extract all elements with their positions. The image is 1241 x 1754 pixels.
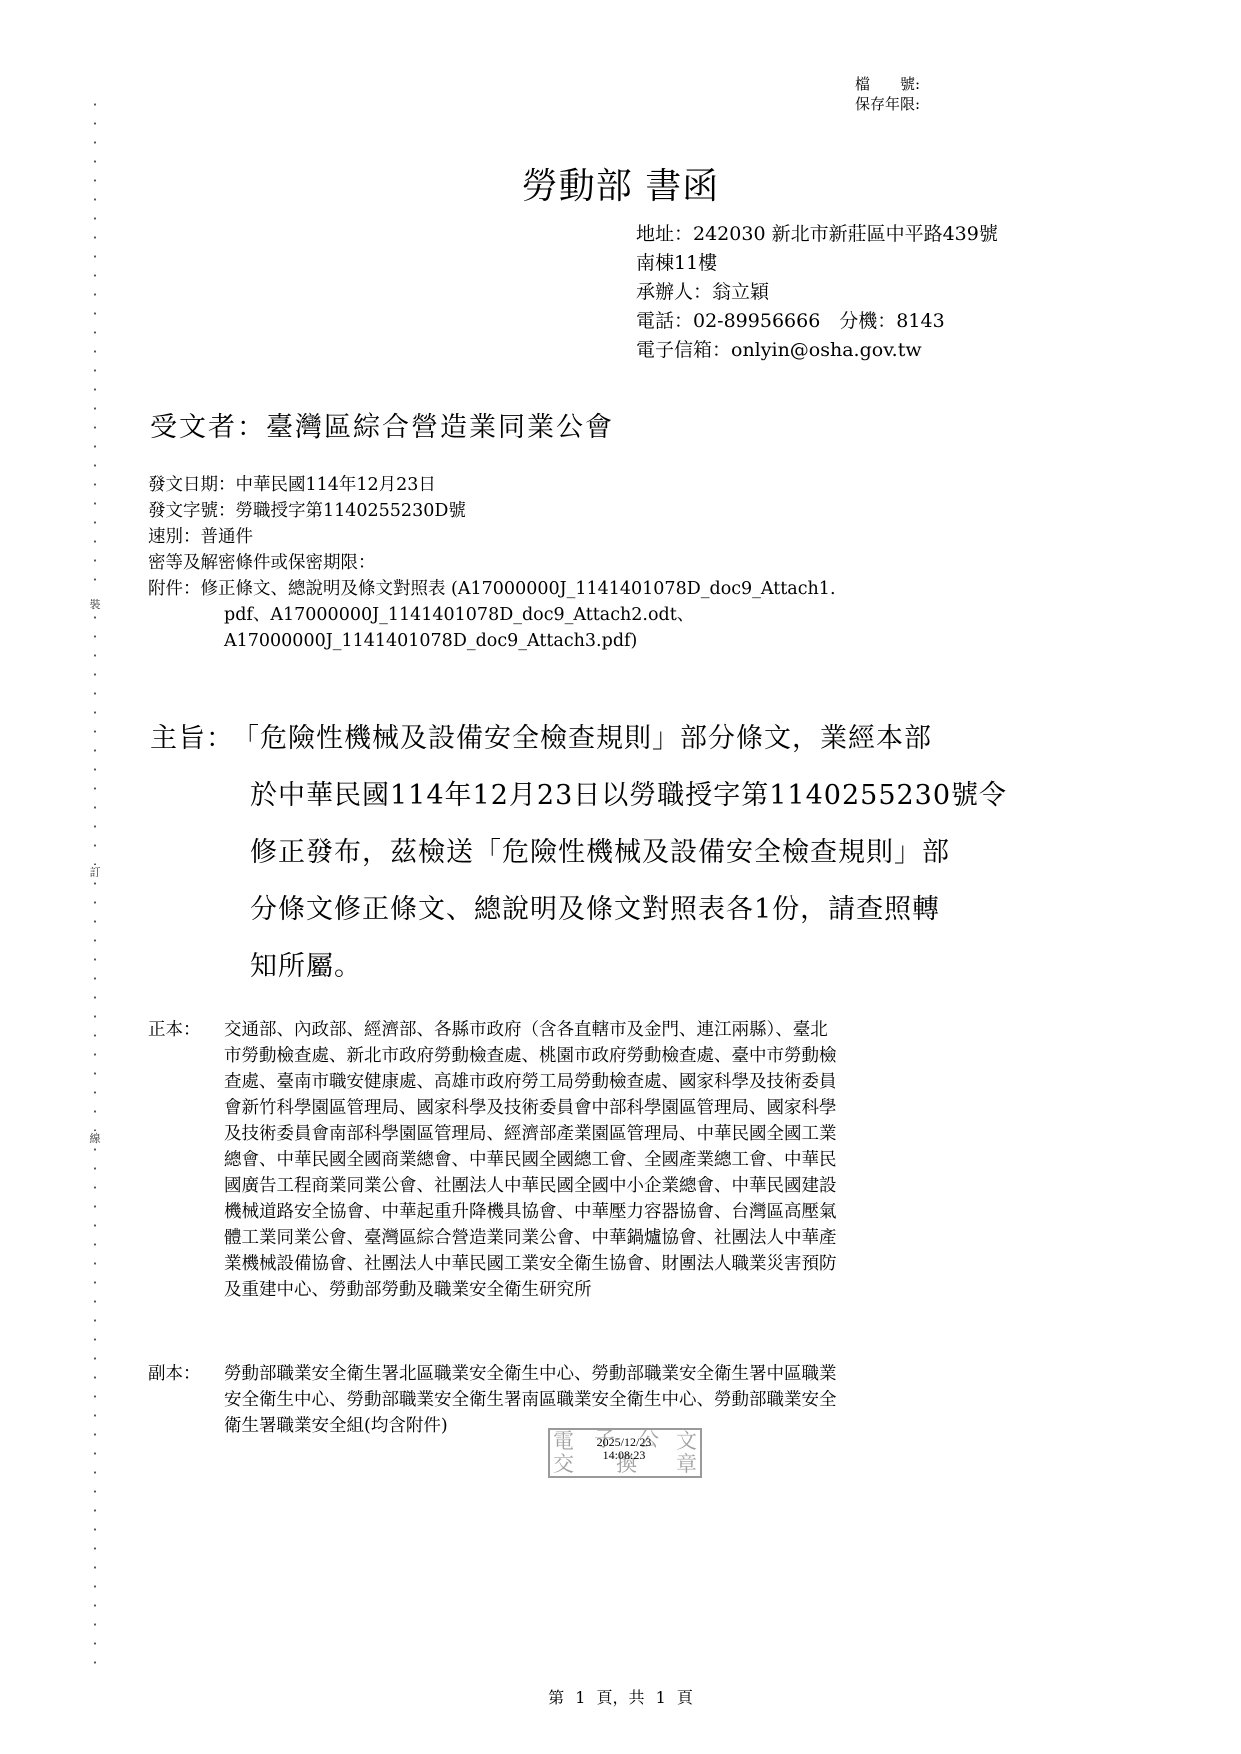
recipient-line: 體工業同業公會、臺灣區綜合營造業同業公會、中華鍋爐協會、社團法人中華產 [224,1225,1108,1251]
subject: 主旨： 「危險性機械及設備安全檢查規則」部分條文，業經本部 於中華民國114年1… [150,710,1090,995]
copy-recipient-line: 安全衛生中心、勞動部職業安全衛生署南區職業安全衛生中心、勞動部職業安全 [224,1387,1108,1413]
recipient-line: 國廣告工程商業同業公會、社團法人中華民國全國中小企業總會、中華民國建設 [224,1173,1108,1199]
sender-address-line1: 地址：242030 新北市新莊區中平路439號 [636,220,998,249]
binding-margin: 裝 訂 線 [88,95,102,1675]
sender-email: 電子信箱：onlyin@osha.gov.tw [636,336,998,365]
stamp-char: 章 [676,1454,697,1475]
stamp-char: 交 [553,1454,574,1475]
recipient-line: 會新竹科學園區管理局、國家科學及技術委員會中部科學園區管理局、國家科學 [224,1095,1108,1121]
recipient-line: 市勞動檢查處、新北市政府勞動檢查處、桃園市政府勞動檢查處、臺中市勞動檢 [224,1043,1108,1069]
recipient-line: 交通部、內政部、經濟部、各縣市政府（含各直轄市及金門、連江兩縣）、臺北 [224,1017,1108,1043]
attachments: 附件：修正條文、總說明及條文對照表 (A17000000J_1141401078… [148,576,836,654]
sender-address-line2: 南棟11樓 [636,249,998,278]
subject-line: 修正發布，茲檢送「危險性機械及設備安全檢查規則」部 [150,824,1090,881]
issue-date: 發文日期：中華民國114年12月23日 [148,472,836,498]
recipient: 受文者：臺灣區綜合營造業同業公會 [150,405,614,444]
binding-mark-zhuang: 裝 [86,597,104,613]
document-number: 發文字號：勞職授字第1140255230D號 [148,498,836,524]
stamp-time: 14:08:23 [582,1449,666,1462]
recipient-line: 業機械設備協會、社團法人中華民國工業安全衛生協會、財團法人職業災害預防 [224,1251,1108,1277]
electronic-exchange-stamp: 電 子 公 文 交 換 章 2025/12/23 14:08:23 [548,1428,702,1478]
attachment-line: 修正條文、總說明及條文對照表 (A17000000J_1141401078D_d… [201,579,836,599]
binding-dotted-line [94,95,96,1675]
file-meta: 檔 號: 保存年限: [855,74,920,114]
sender-info: 地址：242030 新北市新莊區中平路439號 南棟11樓 承辦人：翁立穎 電話… [636,220,998,365]
recipient-line: 總會、中華民國全國商業總會、中華民國全國總工會、全國產業總工會、中華民 [224,1147,1108,1173]
recipient-line: 機械道路安全協會、中華起重升降機具協會、中華壓力容器協會、台灣區高壓氣 [224,1199,1108,1225]
subject-line: 分條文修正條文、總說明及條文對照表各1份，請查照轉 [150,881,1090,938]
attachment-line: pdf、A17000000J_1141401078D_doc9_Attach2.… [148,602,836,628]
copy-recipients-label: 副本： [148,1361,201,1387]
subject-line: 知所屬。 [150,938,1090,995]
secrecy-level: 密等及解密條件或保密期限： [148,550,836,576]
recipient-line: 及技術委員會南部科學園區管理局、經濟部產業園區管理局、中華民國全國工業 [224,1121,1108,1147]
binding-mark-xian: 線 [86,1131,104,1147]
sender-handler: 承辦人：翁立穎 [636,278,998,307]
recipient-line: 及重建中心、勞動部勞動及職業安全衛生研究所 [224,1277,1108,1303]
attachment-label: 附件： [148,579,201,599]
document-title: 勞動部 書函 [0,158,1241,209]
stamp-datetime: 2025/12/23 14:08:23 [582,1436,666,1462]
subject-label: 主旨： [150,710,234,767]
binding-mark-ding: 訂 [86,865,104,881]
sender-phone: 電話：02-89956666 分機：8143 [636,307,998,336]
file-number-label: 檔 號: [855,74,920,94]
retention-period-label: 保存年限: [855,94,920,114]
attachment-line: A17000000J_1141401078D_doc9_Attach3.pdf) [148,628,836,654]
stamp-char: 文 [676,1431,697,1452]
original-recipients-label: 正本： [148,1017,201,1043]
subject-line: 「危險性機械及設備安全檢查規則」部分條文，業經本部 [150,710,1090,767]
recipient-line: 查處、臺南市職安健康處、高雄市政府勞工局勞動檢查處、國家科學及技術委員 [224,1069,1108,1095]
page-number: 第 1 頁，共 1 頁 [0,1685,1241,1708]
document-meta: 發文日期：中華民國114年12月23日 發文字號：勞職授字第1140255230… [148,472,836,654]
copy-recipient-line: 勞動部職業安全衛生署北區職業安全衛生中心、勞動部職業安全衛生署中區職業 [224,1361,1108,1387]
speed-class: 速別：普通件 [148,524,836,550]
subject-line: 於中華民國114年12月23日以勞職授字第1140255230號令 [150,767,1090,824]
original-recipients: 正本： 交通部、內政部、經濟部、各縣市政府（含各直轄市及金門、連江兩縣）、臺北 … [148,1017,1108,1303]
stamp-char: 電 [553,1431,574,1452]
